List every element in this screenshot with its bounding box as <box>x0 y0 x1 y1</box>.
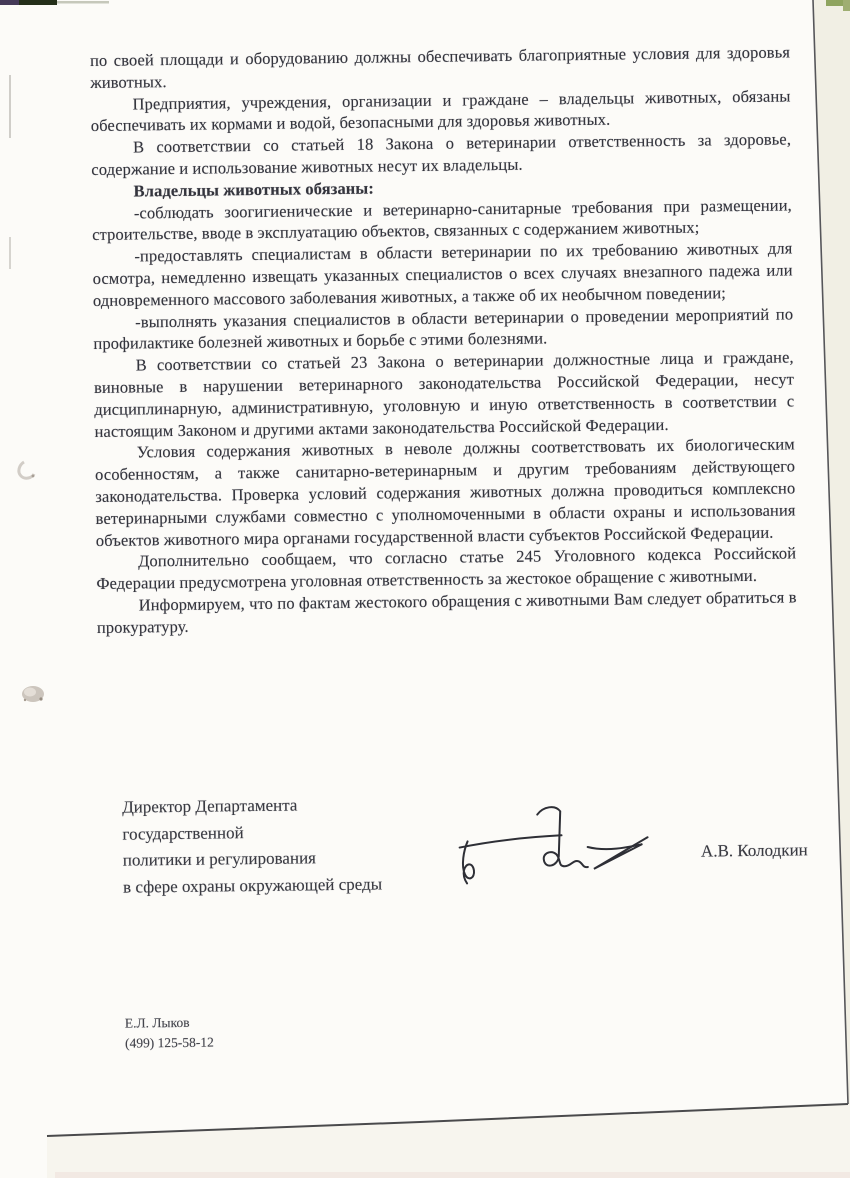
paragraph: Информируем, что по фактам жестокого обр… <box>97 586 797 638</box>
paragraph: Условия содержания животных в неволе дол… <box>95 434 796 552</box>
signer-title-block: Директор Департамента государственной по… <box>122 791 463 901</box>
executor-block: Е.Л. Лыков (499) 125-58-12 <box>125 1010 385 1053</box>
signer-title-line: Директор Департамента <box>122 791 462 822</box>
signer-title-line: в сфере охраны окружающей среды <box>123 870 463 901</box>
paragraph: В соответствии со статьей 23 Закона о ве… <box>94 347 795 443</box>
signer-title-line: государственной <box>122 817 462 848</box>
executor-phone: (499) 125-58-12 <box>125 1030 385 1053</box>
scanned-letter-page: { "doc": { "paragraphs": [ "по своей пло… <box>0 0 850 1178</box>
letter-body: по своей площади и оборудованию должны о… <box>90 41 797 638</box>
signer-title-line: политики и регулирования <box>123 844 463 875</box>
page-content: по своей площади и оборудованию должны о… <box>0 0 850 1178</box>
handwritten-signature <box>441 789 682 907</box>
signer-name: А.В. Колодкин <box>658 840 808 862</box>
list-item: -предоставлять специалистам в области ве… <box>92 238 793 312</box>
